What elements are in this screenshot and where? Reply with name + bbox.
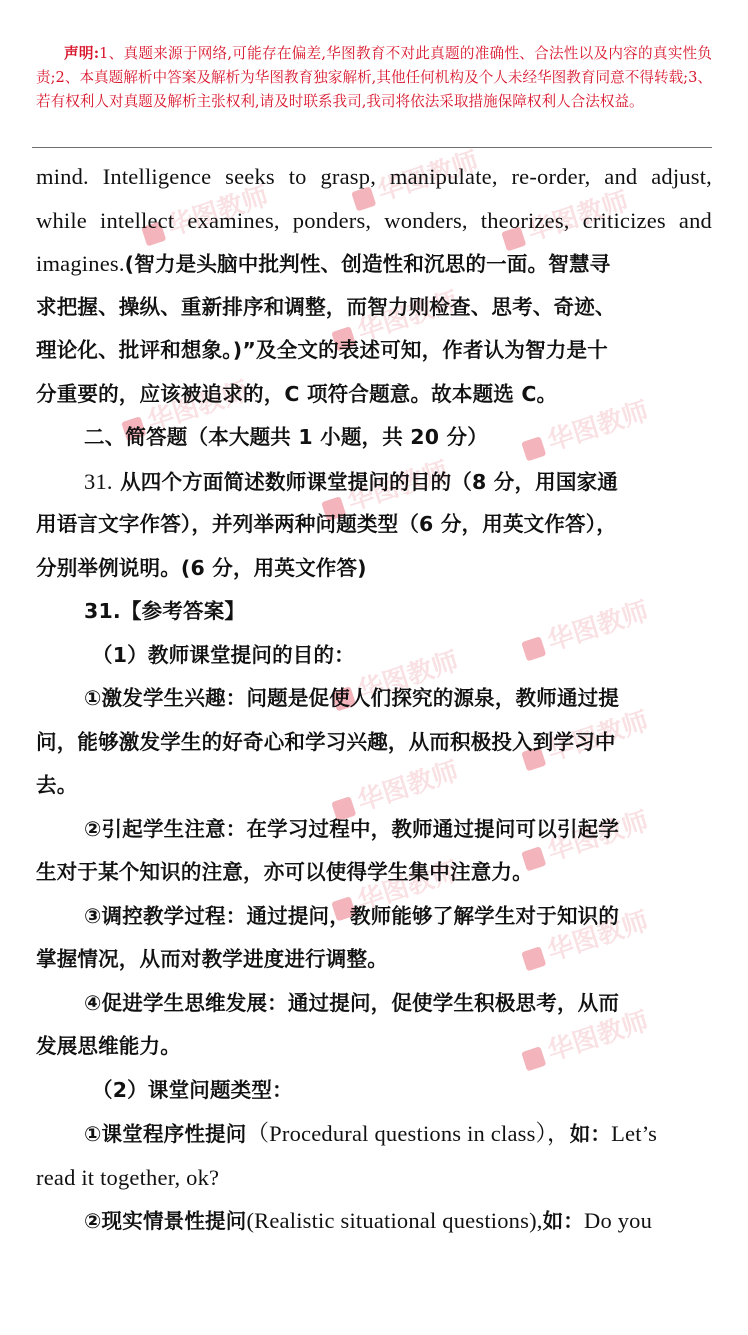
section-title: 二、简答题（本大题共 1 小题，共 20 分） [36, 416, 712, 460]
explanation-line: 理论化、批评和想象。)”及全文的表述可知，作者认为智力是十 [36, 329, 712, 373]
question-type-en: （Procedural questions in class）， [246, 1121, 569, 1146]
answer-part1-title: （1）教师课堂提问的目的： [36, 634, 712, 678]
question-type-en: (Realistic situational questions), [246, 1208, 542, 1233]
answer-item-line: ②引起学生注意：在学习过程中，教师通过提问可以引起学 [36, 808, 712, 852]
explanation-line: 求把握、操纵、重新排序和调整，而智力则检查、思考、奇迹、 [36, 286, 712, 330]
explanation-line: while intellect examines, ponders, wonde… [36, 199, 712, 243]
question-type-line: ①课堂程序性提问（Procedural questions in class），… [36, 1112, 712, 1156]
answer-part2-title: （2）课堂问题类型： [36, 1069, 712, 1113]
answer-item-line: 发展思维能力。 [36, 1025, 712, 1069]
question-number: 31. [84, 469, 113, 494]
answer-item-line: ①激发学生兴趣：问题是促使人们探究的源泉，教师通过提 [36, 677, 712, 721]
example-text: Let’s [611, 1121, 657, 1146]
explanation-line: mind. Intelligence seeks to grasp, manip… [36, 155, 712, 199]
answer-item-line: 问，能够激发学生的好奇心和学习兴趣，从而积极投入到学习中 [36, 721, 712, 765]
example-label: 如： [543, 1209, 584, 1233]
question-line: 分别举例说明。(6 分，用英文作答) [36, 547, 712, 591]
disclaimer-text: 1、真题来源于网络,可能存在偏差,华图教育不对此真题的准确性、合法性以及内容的真… [36, 45, 712, 110]
header-divider [32, 147, 712, 148]
example-text: Do you [584, 1208, 652, 1233]
answer-item-line: 掌握情况，从而对教学进度进行调整。 [36, 938, 712, 982]
question-type-line: ②现实情景性提问(Realistic situational questions… [36, 1199, 712, 1243]
explanation-en: imagines. [36, 251, 125, 276]
explanation-line: 分重要的，应该被追求的，C 项符合题意。故本题选 C。 [36, 373, 712, 417]
document-body: mind. Intelligence seeks to grasp, manip… [36, 155, 712, 1243]
disclaimer-label: 声明: [64, 45, 99, 62]
answer-item-line: ③调控教学过程：通过提问，教师能够了解学生对于知识的 [36, 895, 712, 939]
answer-item-line: 去。 [36, 764, 712, 808]
disclaimer: 声明:1、真题来源于网络,可能存在偏差,华图教育不对此真题的准确性、合法性以及内… [36, 42, 712, 114]
question-type-cn: ①课堂程序性提问 [84, 1122, 246, 1146]
question-text: 从四个方面简述数师课堂提问的目的（8 分，用国家通 [120, 470, 618, 494]
question-line: 31. 从四个方面简述数师课堂提问的目的（8 分，用国家通 [36, 460, 712, 504]
example-label: 如： [570, 1122, 611, 1146]
answer-item-line: ④促进学生思维发展：通过提问，促使学生积极思考，从而 [36, 982, 712, 1026]
explanation-cn: (智力是头脑中批判性、创造性和沉思的一面。智慧寻 [125, 252, 611, 276]
explanation-line: imagines.(智力是头脑中批判性、创造性和沉思的一面。智慧寻 [36, 242, 712, 286]
answer-item-line: 生对于某个知识的注意，亦可以使得学生集中注意力。 [36, 851, 712, 895]
answer-heading: 31.【参考答案】 [36, 590, 712, 634]
question-type-cn: ②现实情景性提问 [84, 1209, 246, 1233]
question-line: 用语言文字作答），并列举两种问题类型（6 分，用英文作答）， [36, 503, 712, 547]
question-type-continuation: read it together, ok? [36, 1156, 712, 1200]
